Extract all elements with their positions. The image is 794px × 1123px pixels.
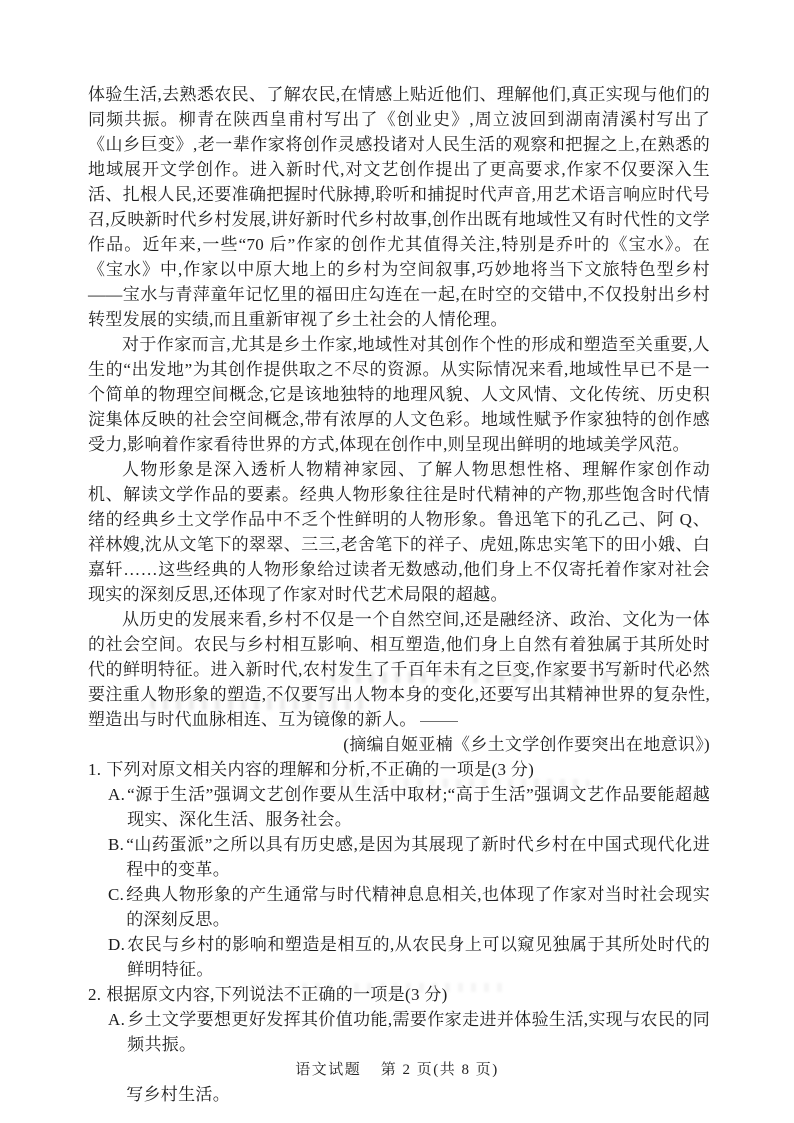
question-2: 2. 根据原文内容,下列说法不正确的一项是(3 分) A. 乡土文学要想更好发挥…: [88, 982, 710, 1107]
passage-paragraph-3: 人物形象是深入透析人物精神家园、了解人物思想性格、理解作家创作动机、解读文学作品…: [88, 457, 710, 607]
question-1: 1. 下列对原文相关内容的理解和分析,不正确的一项是(3 分) A. “源于生活…: [88, 757, 710, 982]
question-1-option-c-text: 经典人物形象的产生通常与时代精神息息相关,也体现了作家对当时社会现实的深刻反思。: [126, 882, 710, 932]
passage-paragraph-2: 对于作家而言,尤其是乡土作家,地域性对其创作个性的形成和塑造至关重要,人生的“出…: [88, 332, 710, 457]
passage-paragraph-1: 体验生活,去熟悉农民、了解农民,在情感上贴近他们、理解他们,真正实现与他们的同频…: [88, 82, 710, 332]
question-2-stem: 根据原文内容,下列说法不正确的一项是(3 分): [106, 982, 710, 1007]
question-2-option-a-text: 乡土文学要想更好发挥其价值功能,需要作家走进并体验生活,实现与农民的同频共振。: [127, 1007, 710, 1057]
exam-paper-page: 体验生活,去熟悉农民、了解农民,在情感上贴近他们、理解他们,真正实现与他们的同频…: [0, 0, 794, 1123]
question-1-option-a-text: “源于生活”强调文艺创作要从生活中取材;“高于生活”强调文艺作品要能超越现实、深…: [127, 782, 710, 832]
passage-attribution: (摘编自姬亚楠《乡土文学创作要突出在地意识》): [88, 732, 710, 757]
question-1-option-d-label: D.: [108, 932, 125, 957]
question-1-number: 1.: [88, 757, 101, 782]
passage-paragraph-2-text: 对于作家而言,尤其是乡土作家,地域性对其创作个性的形成和塑造至关重要,人生的“出…: [88, 335, 710, 454]
question-2-number: 2.: [88, 982, 101, 1007]
passage-paragraph-4-text: 从历史的发展来看,乡村不仅是一个自然空间,还是融经济、政治、文化为一体的社会空间…: [88, 610, 710, 729]
question-2-head: 2. 根据原文内容,下列说法不正确的一项是(3 分): [88, 982, 710, 1007]
question-1-option-a: A. “源于生活”强调文艺创作要从生活中取材;“高于生活”强调文艺作品要能超越现…: [88, 782, 710, 832]
question-1-head: 1. 下列对原文相关内容的理解和分析,不正确的一项是(3 分): [88, 757, 710, 782]
question-1-option-c: C. 经典人物形象的产生通常与时代精神息息相关,也体现了作家对当时社会现实的深刻…: [88, 882, 710, 932]
question-1-option-a-label: A.: [108, 782, 125, 807]
question-1-option-d-text: 农民与乡村的影响和塑造是相互的,从农民身上可以窥见独属于其所处时代的鲜明特征。: [127, 932, 710, 982]
text-block: 体验生活,去熟悉农民、了解农民,在情感上贴近他们、理解他们,真正实现与他们的同频…: [88, 82, 710, 1107]
question-2-option-a-label: A.: [108, 1007, 125, 1032]
page-footer: 语文试题第 2 页(共 8 页): [0, 1058, 794, 1079]
question-1-option-b-text: “山药蛋派”之所以具有历史感,是因为其展现了新时代乡村在中国式现代化进程中的变革…: [126, 832, 710, 882]
question-1-option-b: B. “山药蛋派”之所以具有历史感,是因为其展现了新时代乡村在中国式现代化进程中…: [88, 832, 710, 882]
passage-paragraph-3-text: 人物形象是深入透析人物精神家园、了解人物思想性格、理解作家创作动机、解读文学作品…: [88, 460, 710, 604]
question-2-option-a: A. 乡土文学要想更好发挥其价值功能,需要作家走进并体验生活,实现与农民的同频共…: [88, 1007, 710, 1057]
footer-page-number: 第 2 页(共 8 页): [381, 1062, 499, 1078]
passage-paragraph-4: 从历史的发展来看,乡村不仅是一个自然空间,还是融经济、政治、文化为一体的社会空间…: [88, 607, 710, 732]
handwritten-dash-artifact: [420, 721, 458, 722]
question-1-option-b-label: B.: [108, 832, 124, 857]
question-1-stem: 下列对原文相关内容的理解和分析,不正确的一项是(3 分): [106, 757, 710, 782]
question-1-option-c-label: C.: [108, 882, 124, 907]
footer-doc-title: 语文试题: [295, 1062, 361, 1078]
passage-paragraph-1-text: 体验生活,去熟悉农民、了解农民,在情感上贴近他们、理解他们,真正实现与他们的同频…: [88, 85, 710, 329]
question-1-option-d: D. 农民与乡村的影响和塑造是相互的,从农民身上可以窥见独属于其所处时代的鲜明特…: [88, 932, 710, 982]
